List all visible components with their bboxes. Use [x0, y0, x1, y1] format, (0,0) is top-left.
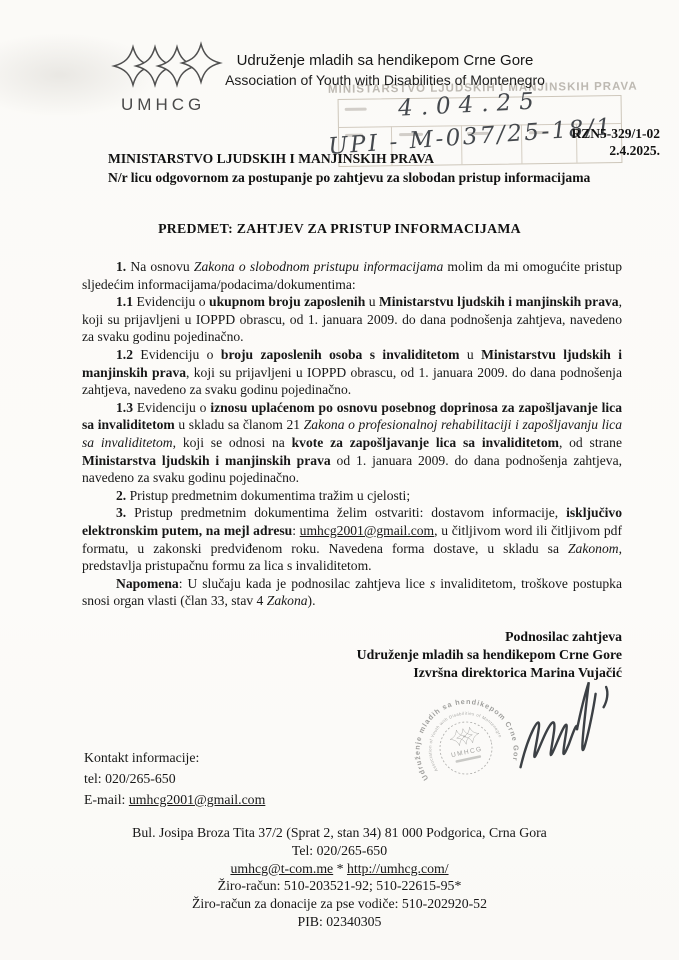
paragraph-1: 1. Na osnovu Zakona o slobodnom pristupu… [82, 258, 622, 293]
paragraph-1-1: 1.1 Evidenciju o ukupnom broju zaposleni… [82, 293, 622, 346]
footer-links-line: umhcg@t-com.me * http://umhcg.com/ [0, 860, 679, 878]
handwritten-signature [508, 672, 623, 787]
org-name-me: Udruženje mladih sa hendikepom Crne Gore [210, 52, 560, 69]
umhcg-logo-text: UMHCG [121, 95, 205, 114]
footer-block: Bul. Josipa Broza Tita 37/2 (Sprat 2, st… [0, 824, 679, 931]
contact-email-label: E-mail: [84, 792, 125, 807]
footer-email-link[interactable]: umhcg@t-com.me [230, 861, 333, 876]
contact-email-line: E-mail: umhcg2001@gmail.com [84, 789, 265, 810]
signature-icon [508, 672, 623, 787]
footer-donations-account: Žiro-račun za donacije za pse vodiče: 51… [0, 895, 679, 913]
paragraph-napomena: Napomena: U slučaju kada je podnosilac z… [82, 575, 622, 610]
stamp-illegible-mark [345, 108, 367, 111]
subject-line: PREDMET: ZAHTJEV ZA PRISTUP INFORMACIJAM… [0, 221, 679, 237]
reference-block: RZN5-329/1-02 2.4.2025. [572, 126, 661, 159]
footer-address: Bul. Josipa Broza Tita 37/2 (Sprat 2, st… [0, 824, 679, 842]
paragraph-3: 3. Pristup predmetnim dokumentima želim … [82, 504, 622, 574]
footer-accounts: Žiro-račun: 510-203521-92; 510-22615-95* [0, 877, 679, 895]
seal-outer-text: Udruženje mladih sa hendikepom Crne Gore… [395, 677, 524, 786]
reference-number: RZN5-329/1-02 [572, 126, 661, 143]
footer-website-link[interactable]: http://umhcg.com/ [347, 861, 449, 876]
scanned-letter-page: UMHCG Udruženje mladih sa hendikepom Crn… [0, 0, 679, 960]
footer-separator: * [333, 861, 347, 876]
contact-tel: tel: 020/265-650 [84, 768, 265, 789]
paragraph-1-3: 1.3 Evidenciju o iznosu uplaćenom po osn… [82, 399, 622, 487]
recipient-line2: N/r licu odgovornom za postupanje po zah… [108, 168, 638, 187]
reference-date: 2.4.2025. [572, 143, 661, 160]
contact-email-link[interactable]: umhcg2001@gmail.com [129, 792, 265, 807]
org-name-en: Association of Youth with Disabilities o… [210, 72, 560, 88]
paragraph-1-2: 1.2 Evidenciju o broju zaposlenih osoba … [82, 346, 622, 399]
footer-pib: PIB: 02340305 [0, 913, 679, 931]
body-text: 1. Na osnovu Zakona o slobodnom pristupu… [82, 258, 622, 610]
org-names: Udruženje mladih sa hendikepom Crne Gore… [210, 52, 560, 88]
contact-block: Kontakt informacije: tel: 020/265-650 E-… [84, 747, 265, 810]
signature-org: Udruženje mladih sa hendikepom Crne Gore [357, 646, 622, 664]
signature-role: Podnosilac zahtjeva [357, 628, 622, 646]
svg-text:Udruženje mladih sa hendikepom: Udruženje mladih sa hendikepom Crne Gore… [395, 677, 524, 786]
paragraph-2: 2. Pristup predmetnim dokumentima tražim… [82, 487, 622, 505]
footer-tel: Tel: 020/265-650 [0, 842, 679, 860]
contact-title: Kontakt informacije: [84, 747, 265, 768]
